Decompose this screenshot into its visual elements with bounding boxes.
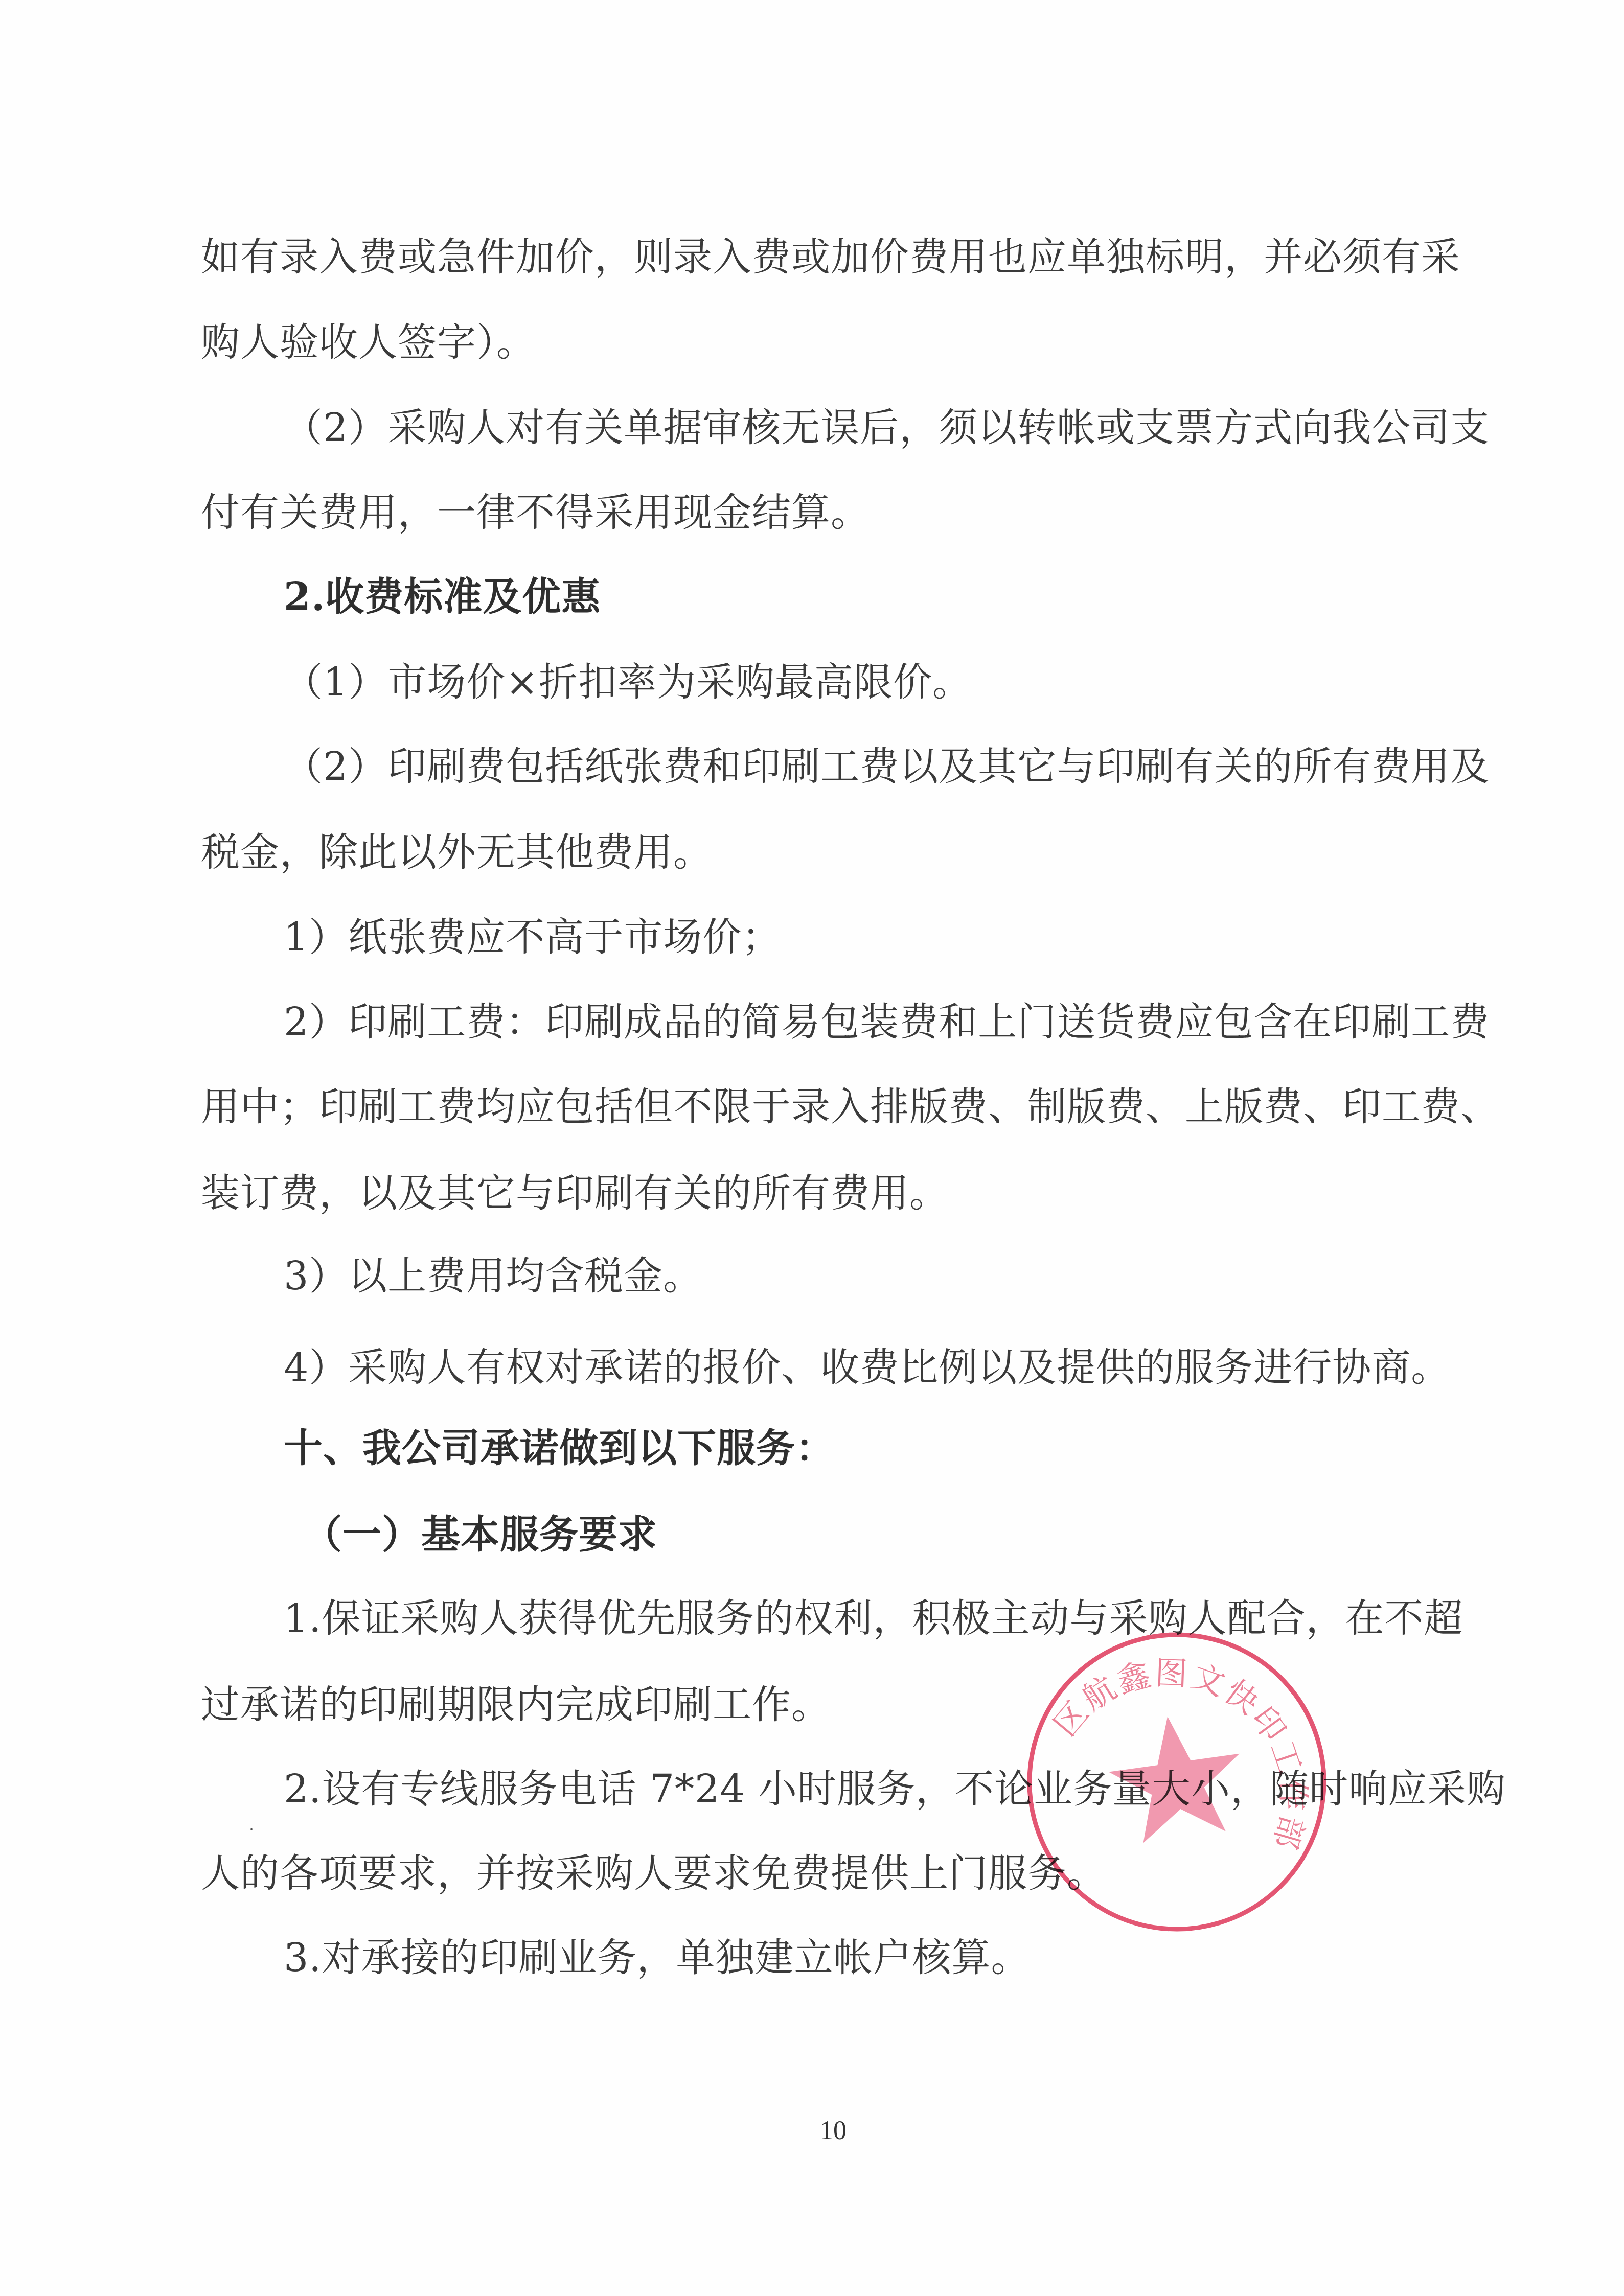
- scan-speck: [250, 1828, 253, 1830]
- paragraph-line: 4）采购人有权对承诺的报价、收费比例以及提供的服务进行协商。: [284, 1342, 1572, 1393]
- section-heading-fees: 2.收费标准及优惠: [284, 571, 1572, 622]
- paragraph-line: （1）市场价×折扣率为采购最高限价。: [284, 657, 1572, 708]
- paragraph-line: 付有关费用，一律不得采用现金结算。: [201, 487, 1489, 538]
- paragraph-line: （2）印刷费包括纸张费和印刷工费以及其它与印刷有关的所有费用及: [284, 741, 1572, 792]
- paragraph-line: 如有录入费或急件加价，则录入费或加价费用也应单独标明，并必须有采: [201, 231, 1489, 283]
- paragraph-line: （2）采购人对有关单据审核无误后，须以转帐或支票方式向我公司支: [284, 402, 1572, 453]
- paragraph-line: 3）以上费用均含税金。: [284, 1250, 1572, 1302]
- subsection-heading-basic-requirements: （一）基本服务要求: [303, 1509, 1591, 1560]
- paragraph-line: 1.保证采购人获得优先服务的权利，积极主动与采购人配合，在不超: [284, 1593, 1572, 1644]
- document-page: 如有录入费或急件加价，则录入费或加价费用也应单独标明，并必须有采 购人验收人签字…: [0, 0, 1624, 2296]
- page-number: 10: [813, 2113, 854, 2149]
- paragraph-line: 人的各项要求，并按采购人要求免费提供上门服务。: [201, 1848, 1489, 1899]
- paragraph-line: 购人验收人签字）。: [201, 317, 1489, 368]
- paragraph-line: 2）印刷工费：印刷成品的简易包装费和上门送货费应包含在印刷工费: [284, 996, 1572, 1048]
- paragraph-line: 3.对承接的印刷业务，单独建立帐户核算。: [284, 1932, 1572, 1983]
- paragraph-line: 装订费，以及其它与印刷有关的所有费用。: [201, 1168, 1489, 1219]
- paragraph-line: 税金，除此以外无其他费用。: [201, 827, 1489, 878]
- section-heading-services: 十、我公司承诺做到以下服务：: [284, 1423, 1572, 1474]
- paragraph-line: 2.设有专线服务电话 7*24 小时服务，不论业务量大小，随时响应采购: [284, 1764, 1572, 1815]
- paragraph-line: 1）纸张费应不高于市场价；: [284, 912, 1572, 963]
- paragraph-line: 用中；印刷工费均应包括但不限于录入排版费、制版费、上版费、印工费、: [201, 1081, 1489, 1132]
- seal-text: 区航鑫图文快印工作部: [1042, 1630, 1329, 1862]
- paragraph-line: 过承诺的印刷期限内完成印刷工作。: [201, 1679, 1489, 1730]
